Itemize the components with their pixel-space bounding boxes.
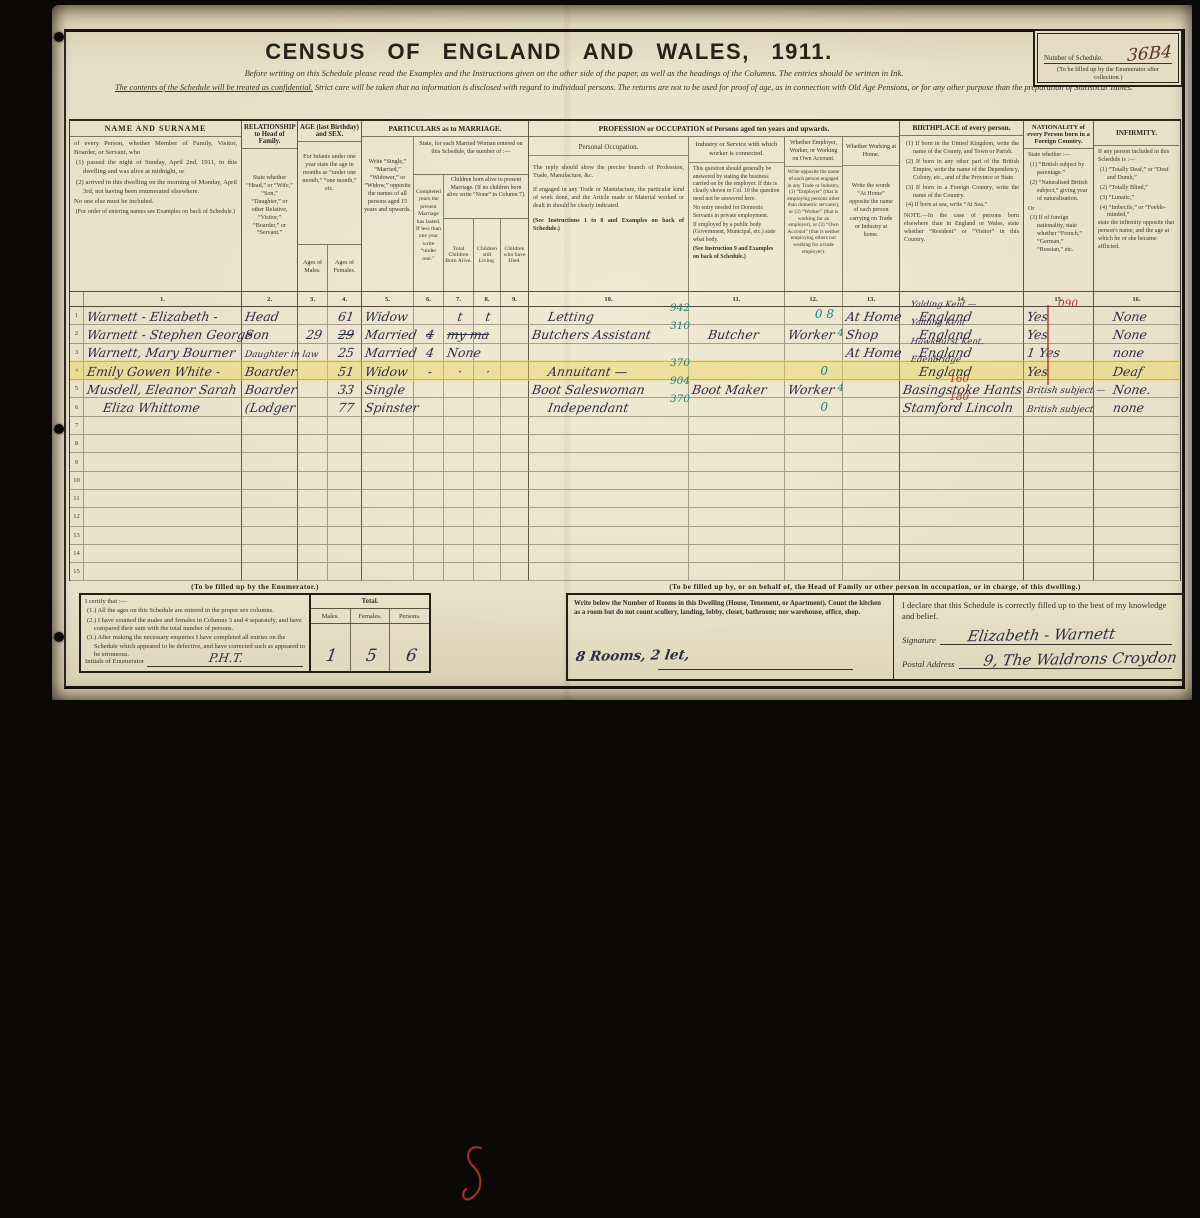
empty-cell — [1024, 472, 1094, 490]
hw-occupation: Letting — [547, 311, 595, 324]
hw-struck: 4 — [425, 329, 435, 342]
hw-relationship: (Lodger — [244, 402, 296, 415]
empty-cell — [501, 563, 529, 581]
empty-cell — [84, 435, 242, 453]
row-number: 10 — [70, 472, 84, 490]
hw-marital: Married — [364, 329, 418, 342]
hw-nationality: 1 Yes — [1026, 347, 1061, 360]
postal-address-label: Postal Address — [902, 659, 955, 669]
empty-cell — [1094, 490, 1179, 508]
empty-cell — [242, 527, 298, 545]
employment-code: 0 — [820, 401, 828, 413]
empty-cell — [501, 417, 529, 435]
hw-at-home: Shop — [845, 329, 879, 342]
empty-cell — [362, 417, 414, 435]
hw-total-females: 5 — [365, 648, 379, 665]
occupation-code: 904 — [670, 376, 690, 387]
empty-cell — [298, 435, 328, 453]
table-row-3: 3 Warnett, Mary Bourner Daughter in law … — [70, 344, 1180, 362]
hw-infirmity: None. — [1112, 384, 1152, 397]
empty-cell — [843, 527, 900, 545]
empty-cell — [900, 545, 1024, 563]
empty-cell — [843, 472, 900, 490]
hw-children: None — [446, 347, 482, 360]
empty-cell — [84, 563, 242, 581]
punch-hole — [54, 632, 64, 642]
employment-code: 4 — [837, 328, 844, 339]
hw-marital: Single — [364, 384, 406, 397]
hw-industry: Butcher — [707, 329, 760, 342]
hw-age-female: 25 — [337, 347, 355, 360]
empty-cell — [298, 453, 328, 471]
totals-title: Total. — [311, 595, 429, 609]
hw-struck: my ma — [446, 329, 490, 342]
signature-label: Signature — [902, 635, 936, 645]
hw-name: Emily Gowen White - — [86, 366, 221, 379]
totals-females-label: Females. — [351, 609, 391, 623]
instruction-line-2b: Strict care will be taken that no inform… — [315, 83, 1133, 92]
hw-employment: Worker — [787, 384, 835, 397]
empty-cell — [298, 527, 328, 545]
empty-cell — [328, 508, 362, 526]
declaration-cell: I declare that this Schedule is correctl… — [894, 595, 1182, 679]
col-header-profession: PROFESSION or OCCUPATION of Persons aged… — [529, 121, 900, 291]
hw-nationality: Yes — [1026, 329, 1049, 342]
empty-cell — [242, 563, 298, 581]
row-number: 13 — [70, 527, 84, 545]
empty-cell — [785, 545, 843, 563]
hw-age-female: 77 — [337, 402, 355, 415]
empty-cell — [529, 527, 689, 545]
empty-cell — [1024, 490, 1094, 508]
empty-cell — [529, 417, 689, 435]
hw-infirmity: none — [1112, 347, 1145, 360]
enumerator-certification: I certify that :— (1.) All the ages on t… — [81, 595, 309, 671]
table-row-empty: 11 — [70, 490, 1180, 508]
empty-cell — [444, 527, 474, 545]
empty-cell — [689, 527, 785, 545]
schedule-number-note: (To be filled up by the Enumerator after… — [1044, 66, 1172, 82]
hw-signature: Elizabeth - Warnett — [966, 625, 1116, 646]
empty-cell — [843, 435, 900, 453]
hw-at-home: At Home — [845, 311, 902, 324]
employment-code: 0 8 — [815, 308, 834, 320]
empty-cell — [298, 490, 328, 508]
empty-cell — [242, 417, 298, 435]
empty-cell — [843, 417, 900, 435]
hw-age-female: 33 — [337, 384, 355, 397]
empty-cell — [1094, 472, 1179, 490]
empty-cell — [474, 490, 501, 508]
empty-cell — [328, 563, 362, 581]
empty-cell — [529, 472, 689, 490]
row-number: 8 — [70, 435, 84, 453]
empty-cell — [414, 435, 444, 453]
hw-nationality: British subject — — [1026, 387, 1106, 396]
totals-persons-label: Persons. — [390, 609, 429, 623]
enumerator-box: I certify that :— (1.) All the ages on t… — [79, 593, 431, 673]
empty-cell — [689, 563, 785, 581]
empty-cell — [1024, 508, 1094, 526]
hw-birthplace: Stamford Lincoln — [902, 402, 1014, 415]
hw-infirmity: Deaf — [1112, 366, 1143, 379]
empty-cell — [444, 453, 474, 471]
table-row-5: 5 Musdell, Eleanor Sarah Boarder 33 Sing… — [70, 380, 1180, 398]
col-header-relationship: RELATIONSHIP to Head of Family. State wh… — [242, 121, 298, 291]
table-row-4-highlighted: 4 Emily Gowen White - Boarder 51 Widow -… — [70, 362, 1180, 380]
empty-cell — [1024, 545, 1094, 563]
empty-cell — [1024, 417, 1094, 435]
empty-cell — [501, 490, 529, 508]
empty-cell — [843, 490, 900, 508]
empty-cell — [444, 490, 474, 508]
empty-cell — [362, 435, 414, 453]
empty-cell — [298, 472, 328, 490]
hw-occupation: Annuitant — — [547, 366, 628, 379]
empty-cell — [900, 508, 1024, 526]
empty-cell — [444, 563, 474, 581]
hw-industry: Boot Maker — [691, 384, 767, 397]
row-number: 11 — [70, 490, 84, 508]
hw-years: 4 — [425, 347, 435, 360]
empty-cell — [1094, 453, 1179, 471]
table-row-2: 2 Warnett - Stephen George Son 29 29 Mar… — [70, 325, 1180, 343]
table-row-empty: 9 — [70, 453, 1180, 471]
empty-cell — [843, 508, 900, 526]
empty-cell — [1024, 527, 1094, 545]
row-number: 9 — [70, 453, 84, 471]
hw-marital: Spinster — [364, 402, 419, 415]
empty-cell — [298, 563, 328, 581]
hw-relationship: Boarder — [244, 384, 297, 397]
enumerator-heading: (To be filled up by the Enumerator.) — [79, 582, 431, 591]
empty-cell — [689, 417, 785, 435]
empty-cell — [474, 545, 501, 563]
empty-cell — [785, 527, 843, 545]
form-title: CENSUS OF ENGLAND AND WALES, 1911. — [66, 39, 1032, 65]
hw-dot: · — [457, 366, 463, 379]
empty-cell — [529, 435, 689, 453]
hw-age-female: 61 — [337, 311, 355, 324]
empty-cell — [900, 417, 1024, 435]
empty-cell — [501, 435, 529, 453]
row-number: 14 — [70, 545, 84, 563]
empty-cell — [362, 490, 414, 508]
col-header-married-woman: State, for each Married Woman entered on… — [414, 137, 528, 175]
empty-cell — [1024, 435, 1094, 453]
empty-cell — [900, 563, 1024, 581]
hw-relationship: Head — [244, 311, 280, 324]
hw-infirmity: none — [1112, 402, 1145, 415]
schedule-number-box: Number of Schedule. 36B4 (To be filled u… — [1033, 29, 1183, 87]
empty-cell — [474, 563, 501, 581]
hw-nationality: Yes — [1026, 366, 1049, 379]
totals-males-label: Males. — [311, 609, 351, 623]
col-header-age: AGE (last Birthday) and SEX. For Infants… — [298, 121, 362, 291]
empty-cell — [843, 563, 900, 581]
empty-cell — [1094, 545, 1179, 563]
hw-name: Warnett - Stephen George — [86, 329, 254, 342]
hw-relationship: Son — [244, 329, 270, 342]
col-header-marriage: PARTICULARS as to MARRIAGE. Write “Singl… — [362, 121, 529, 291]
empty-cell — [414, 527, 444, 545]
punch-hole — [54, 32, 64, 42]
empty-cell — [785, 490, 843, 508]
red-tally-line — [1047, 305, 1049, 385]
col-header-children-died: Children who have Died. — [501, 219, 528, 291]
empty-cell — [414, 453, 444, 471]
empty-cell — [501, 453, 529, 471]
table-body: 1 Warnett - Elizabeth - Head 61 Widow t … — [70, 307, 1180, 581]
empty-cell — [84, 472, 242, 490]
empty-cell — [501, 508, 529, 526]
row-number: 12 — [70, 508, 84, 526]
initials-label: Initials of Enumerator — [85, 658, 144, 667]
hw-age-female: 51 — [337, 366, 355, 379]
empty-cell — [444, 508, 474, 526]
empty-cell — [328, 527, 362, 545]
empty-cell — [843, 545, 900, 563]
hw-occupation: Butchers Assistant — [531, 329, 652, 342]
empty-cell — [1094, 435, 1179, 453]
hw-enumerator-initials: P.H.T. — [208, 651, 244, 666]
hw-rooms-value: 8 Rooms, 2 let, — [575, 646, 691, 666]
col-header-employment-status: Whether Employer, Worker, or Working on … — [785, 137, 843, 291]
employment-code: 0 — [820, 365, 828, 377]
empty-cell — [900, 453, 1024, 471]
empty-cell — [362, 472, 414, 490]
empty-cell — [689, 435, 785, 453]
empty-cell — [362, 545, 414, 563]
empty-cell — [689, 508, 785, 526]
hw-marital: Widow — [364, 311, 409, 324]
hw-relationship: Boarder — [244, 366, 297, 379]
rooms-cell: Write below the Number of Rooms in this … — [568, 595, 894, 679]
empty-cell — [785, 508, 843, 526]
empty-cell — [242, 545, 298, 563]
empty-cell — [900, 435, 1024, 453]
form-frame: Number of Schedule. 36B4 (To be filled u… — [64, 29, 1185, 689]
empty-cell — [689, 545, 785, 563]
col-header-infirmity: INFIRMITY. If any person included in thi… — [1094, 121, 1179, 291]
empty-cell — [414, 472, 444, 490]
householder-box: Write below the Number of Rooms in this … — [566, 593, 1184, 681]
empty-cell — [843, 453, 900, 471]
empty-cell — [328, 453, 362, 471]
empty-cell — [501, 472, 529, 490]
empty-cell — [414, 417, 444, 435]
occupation-code: 310 — [670, 321, 690, 332]
declaration-text: I declare that this Schedule is correctl… — [902, 600, 1174, 622]
col-header-children-living: Children still Living. — [474, 219, 501, 291]
empty-cell — [414, 563, 444, 581]
empty-cell — [785, 563, 843, 581]
empty-cell — [328, 435, 362, 453]
col-header-working-at-home: Whether Working at Home. Write the words… — [843, 137, 899, 291]
hw-total-persons: 6 — [404, 648, 418, 665]
punch-hole — [54, 424, 64, 434]
table-row-1: 1 Warnett - Elizabeth - Head 61 Widow t … — [70, 307, 1180, 325]
empty-cell — [242, 453, 298, 471]
empty-cell — [1094, 563, 1179, 581]
table-header: NAME AND SURNAME of every Person, whethe… — [70, 121, 1180, 292]
empty-cell — [689, 472, 785, 490]
empty-cell — [242, 472, 298, 490]
empty-cell — [298, 417, 328, 435]
hw-age-male: 29 — [305, 329, 323, 342]
empty-cell — [474, 472, 501, 490]
table-row-empty: 10 — [70, 472, 1180, 490]
householder-heading: (To be filled up by, or on behalf of, th… — [566, 582, 1184, 591]
hw-postal-address: 9, The Waldrons Croydon — [982, 648, 1178, 669]
empty-cell — [444, 545, 474, 563]
hw-name: Warnett - Elizabeth - — [86, 311, 219, 324]
instruction-line-2: The contents of the Schedule will be tre… — [80, 83, 1168, 94]
empty-cell — [1094, 508, 1179, 526]
hw-dash: - — [426, 366, 432, 379]
hw-name: Warnett, Mary Bourner — [86, 347, 236, 360]
schedule-number-value: 36B4 — [1127, 46, 1173, 64]
empty-cell — [501, 545, 529, 563]
rooms-instructions: Write below the Number of Rooms in this … — [574, 600, 881, 616]
empty-cell — [444, 472, 474, 490]
empty-cell — [414, 508, 444, 526]
table-row-empty: 12 — [70, 508, 1180, 526]
hw-occupation: Boot Saleswoman — [531, 384, 646, 397]
hw-mark: t — [456, 311, 463, 324]
empty-cell — [84, 490, 242, 508]
empty-cell — [362, 508, 414, 526]
empty-cell — [529, 545, 689, 563]
empty-cell — [362, 563, 414, 581]
hw-employment: Worker — [787, 329, 835, 342]
empty-cell — [328, 545, 362, 563]
empty-cell — [328, 490, 362, 508]
hw-total-males: 1 — [325, 648, 339, 665]
instruction-line-1: Before writing on this Schedule please r… — [126, 68, 1022, 78]
empty-cell — [900, 527, 1024, 545]
empty-cell — [529, 453, 689, 471]
empty-cell — [362, 453, 414, 471]
empty-cell — [900, 472, 1024, 490]
col-header-name: NAME AND SURNAME of every Person, whethe… — [70, 121, 242, 291]
empty-cell — [328, 472, 362, 490]
red-code: 090 — [1058, 299, 1078, 310]
empty-cell — [1094, 527, 1179, 545]
masthead: CENSUS OF ENGLAND AND WALES, 1911. Befor… — [66, 32, 1182, 94]
census-scan: { "schedule_box": { "label": "Number of … — [0, 0, 1200, 704]
empty-cell — [785, 453, 843, 471]
empty-cell — [474, 508, 501, 526]
col-header-children-total: Total Children Born Alive. — [444, 219, 474, 291]
empty-cell — [1024, 453, 1094, 471]
empty-cell — [1024, 563, 1094, 581]
table-row-6: 6 Eliza Whittome (Lodger 77 Spinster Ind… — [70, 398, 1180, 416]
red-code: 160 — [949, 374, 969, 385]
empty-cell — [785, 417, 843, 435]
empty-cell — [1094, 417, 1179, 435]
empty-cell — [444, 435, 474, 453]
empty-cell — [785, 472, 843, 490]
col-header-ages-males: Ages of Males. — [298, 245, 328, 291]
schedule-number-label: Number of Schedule. — [1044, 55, 1103, 62]
row-number: 15 — [70, 563, 84, 581]
occupation-code: 370 — [670, 358, 690, 369]
employment-code: 4 — [837, 383, 844, 394]
hw-at-home: At Home — [845, 347, 902, 360]
empty-cell — [362, 527, 414, 545]
hw-name: Musdell, Eleanor Sarah — [86, 384, 238, 397]
census-form-paper: Number of Schedule. 36B4 (To be filled u… — [52, 5, 1192, 700]
empty-cell — [242, 490, 298, 508]
red-code: 180 — [949, 392, 969, 403]
empty-cell — [84, 453, 242, 471]
row-number: 7 — [70, 417, 84, 435]
empty-cell — [689, 453, 785, 471]
hw-dot: · — [485, 366, 491, 379]
empty-cell — [501, 527, 529, 545]
hw-nationality: Yes — [1026, 311, 1049, 324]
hw-age-female-struck: 29 — [337, 329, 355, 342]
table-row-empty: 8 — [70, 435, 1180, 453]
empty-cell — [84, 527, 242, 545]
empty-cell — [242, 508, 298, 526]
empty-cell — [444, 417, 474, 435]
empty-cell — [474, 417, 501, 435]
col-header-birthplace: BIRTHPLACE of every person. (1) If born … — [900, 121, 1024, 291]
col-header-ages-females: Ages of Females. — [328, 245, 361, 291]
empty-cell — [529, 508, 689, 526]
col-header-children-born: Children born alive to present Marriage.… — [444, 175, 528, 219]
empty-cell — [84, 417, 242, 435]
empty-cell — [414, 545, 444, 563]
empty-cell — [84, 545, 242, 563]
empty-cell — [474, 453, 501, 471]
hw-relationship: Daughter in law — [244, 351, 319, 360]
empty-cell — [900, 490, 1024, 508]
col-header-industry: Industry or Service with which worker is… — [689, 137, 785, 291]
hw-infirmity: None — [1112, 329, 1148, 342]
empty-cell — [84, 508, 242, 526]
empty-cell — [414, 490, 444, 508]
hw-name: Eliza Whittome — [102, 402, 201, 415]
occupation-code: 370 — [670, 394, 690, 405]
hw-marital: Widow — [364, 366, 409, 379]
hw-infirmity: None — [1112, 311, 1148, 324]
confidential-clause: The contents of the Schedule will be tre… — [115, 83, 313, 92]
totals-table: Total. Males. Females. Persons. 1 5 6 — [309, 595, 429, 671]
empty-cell — [529, 490, 689, 508]
table-row-empty: 15 — [70, 563, 1180, 581]
empty-cell — [328, 417, 362, 435]
hw-occupation: Independant — [547, 402, 629, 415]
col-header-marriage-years: Completed years the present Marriage has… — [414, 175, 444, 291]
col-header-personal-occupation: Personal Occupation. The reply should sh… — [529, 137, 689, 291]
census-table: NAME AND SURNAME of every Person, whethe… — [69, 119, 1181, 581]
empty-cell — [785, 435, 843, 453]
hw-nationality: British subject — [1026, 406, 1094, 415]
empty-cell — [242, 435, 298, 453]
empty-cell — [689, 490, 785, 508]
empty-cell — [529, 563, 689, 581]
empty-cell — [474, 527, 501, 545]
table-row-empty: 7 — [70, 417, 1180, 435]
empty-cell — [474, 435, 501, 453]
col-header-nationality: NATIONALITY of every Person born in a Fo… — [1024, 121, 1094, 291]
table-row-empty: 13 — [70, 527, 1180, 545]
occupation-code: 942 — [670, 303, 690, 314]
empty-cell — [298, 508, 328, 526]
